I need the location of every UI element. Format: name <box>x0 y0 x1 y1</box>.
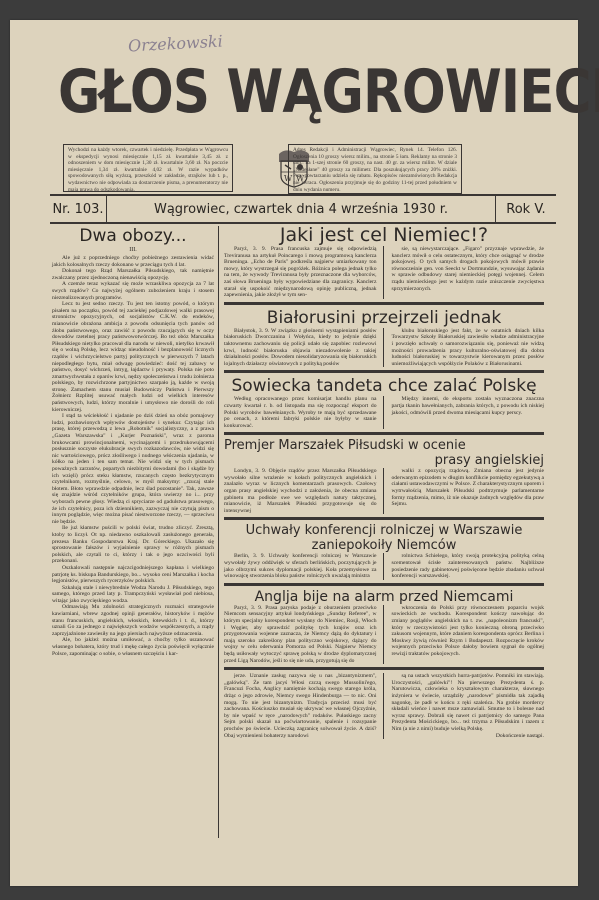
issue-date: Wągrowiec, czwartek dnia 4 września 1930… <box>107 196 495 222</box>
article-title: Uchwały konferencji rolniczej w Warszawi… <box>224 523 544 538</box>
article-continuation: jerze. Uznanie zasług nazywa się u nas „… <box>224 673 544 739</box>
article-text: jerze. Uznanie zasług nazywa się u nas „… <box>224 673 384 739</box>
editorial-info-box: Adres Redakcji i Administracji Wągrowiec… <box>288 144 462 194</box>
article-bialorusini: Białorusini przejrzeli jednak Białystok,… <box>224 308 544 368</box>
article-anglja: Anglja bije na alarm przed Niemcami Pary… <box>224 589 544 664</box>
masthead-title: GŁOS WĄGROWIECKI <box>58 62 471 122</box>
section-rule <box>224 302 544 305</box>
article-uchwaly: Uchwały konferencji rolniczej w Warszawi… <box>224 523 544 579</box>
continuation-note: Dokończenie nastąpi. <box>392 733 545 740</box>
article-text: walki z opozycją rządową. Zmiana obecna … <box>392 468 545 514</box>
paragraph: Dokonał tego Rząd Marszałka Piłsudskiego… <box>52 268 214 281</box>
section-rule <box>224 583 544 586</box>
article-text: Między innemi, do eksportu została wyzna… <box>392 396 545 429</box>
section-rule <box>224 370 544 373</box>
paragraph: Oszkalowali następnie najczcigodniejszeg… <box>52 565 214 585</box>
right-articles: Jaki jest cel Niemiec!? Paryż, 3. 9. Pra… <box>224 224 544 739</box>
article-part: III. <box>52 247 214 253</box>
article-text: Według opracowanego przez komisarjat han… <box>224 396 384 429</box>
article-text: rolnictwa Schielego, który swoją protekc… <box>392 553 545 579</box>
article-title: Jaki jest cel Niemiec!? <box>224 224 544 246</box>
article-text: klubu białoruskiego jest fakt, że w osta… <box>392 328 545 368</box>
article-title: Sowiecka tandeta chce zalać Polskę <box>224 376 544 396</box>
article-text: Białystok, 3. 9. W związku z głośnemi wy… <box>224 328 384 368</box>
paragraph: I stąd ta wściekłość i ujadanie po dziś … <box>52 413 214 525</box>
article-title: Białorusini przejrzeli jednak <box>224 308 544 328</box>
article-text: Londyn, 3. 9. Objęcie rządów przez Marsz… <box>224 468 384 514</box>
left-column-article: Dwa obozy... III. Ale już z poprzedniego… <box>52 224 214 657</box>
section-rule <box>224 517 544 520</box>
article-text: Paryż, 3. 9. Prasa francuska zajmuje się… <box>224 246 384 299</box>
section-rule <box>224 432 544 435</box>
article-text: Berlin, 3. 9. Uchwały konferencji rolnic… <box>224 553 384 579</box>
article-premjer: Premjer Marszałek Piłsudski w ocenie pra… <box>224 438 544 514</box>
paragraph: Odmawiają Mu zdolności strategicznych ro… <box>52 604 214 637</box>
article-title: Anglja bije na alarm przed Niemcami <box>224 589 544 605</box>
article-text: sie, są niewystarczające. „Figaro" przyz… <box>392 246 545 299</box>
issue-info-bar: Nr. 103. Wągrowiec, czwartek dnia 4 wrze… <box>50 194 556 224</box>
article-text: wkroczenia do Polski przy równoczesnem p… <box>392 605 545 664</box>
issue-number: Nr. 103. <box>50 196 107 222</box>
article-title-line2: zaniepokoiły Niemców <box>224 538 544 553</box>
article-title-line2: prasy angielskiej <box>224 453 544 468</box>
article-title: Dwa obozy... <box>52 226 214 246</box>
paragraph: Szkalują stale i niewybrednie Wodza Naro… <box>52 585 214 605</box>
handwritten-note: Orzekowski <box>128 32 224 56</box>
article-text: są na ustach wszystkich hurra-patrjotów.… <box>392 673 545 732</box>
article-sowiecka-tandeta: Sowiecka tandeta chce zalać Polskę Wedłu… <box>224 376 544 429</box>
column-divider <box>218 226 219 838</box>
paragraph: Ile już kłamstw puścili w polski świat, … <box>52 525 214 565</box>
subscription-info-box: Wychodzi na każdy wtorek, czwartek i nie… <box>63 144 233 192</box>
paragraph: Ale już z poprzedniego choćby pobieżnego… <box>52 255 214 268</box>
section-rule <box>224 667 544 670</box>
paragraph: Lecz tu jest sedno rzeczy. Tu jest ten i… <box>52 301 214 413</box>
issue-year: Rok V. <box>495 196 556 222</box>
paragraph: A czemże teraz wykazać się może wrzaskli… <box>52 281 214 301</box>
paragraph: Ale, bo jakżeż można umiłować, a choćby … <box>52 637 214 657</box>
article-text: Paryż, 3. 9. Prasa paryska podaje z obur… <box>224 605 384 664</box>
article-title: Premjer Marszałek Piłsudski w ocenie <box>224 438 544 453</box>
article-jaki-jest-cel: Jaki jest cel Niemiec!? Paryż, 3. 9. Pra… <box>224 224 544 299</box>
